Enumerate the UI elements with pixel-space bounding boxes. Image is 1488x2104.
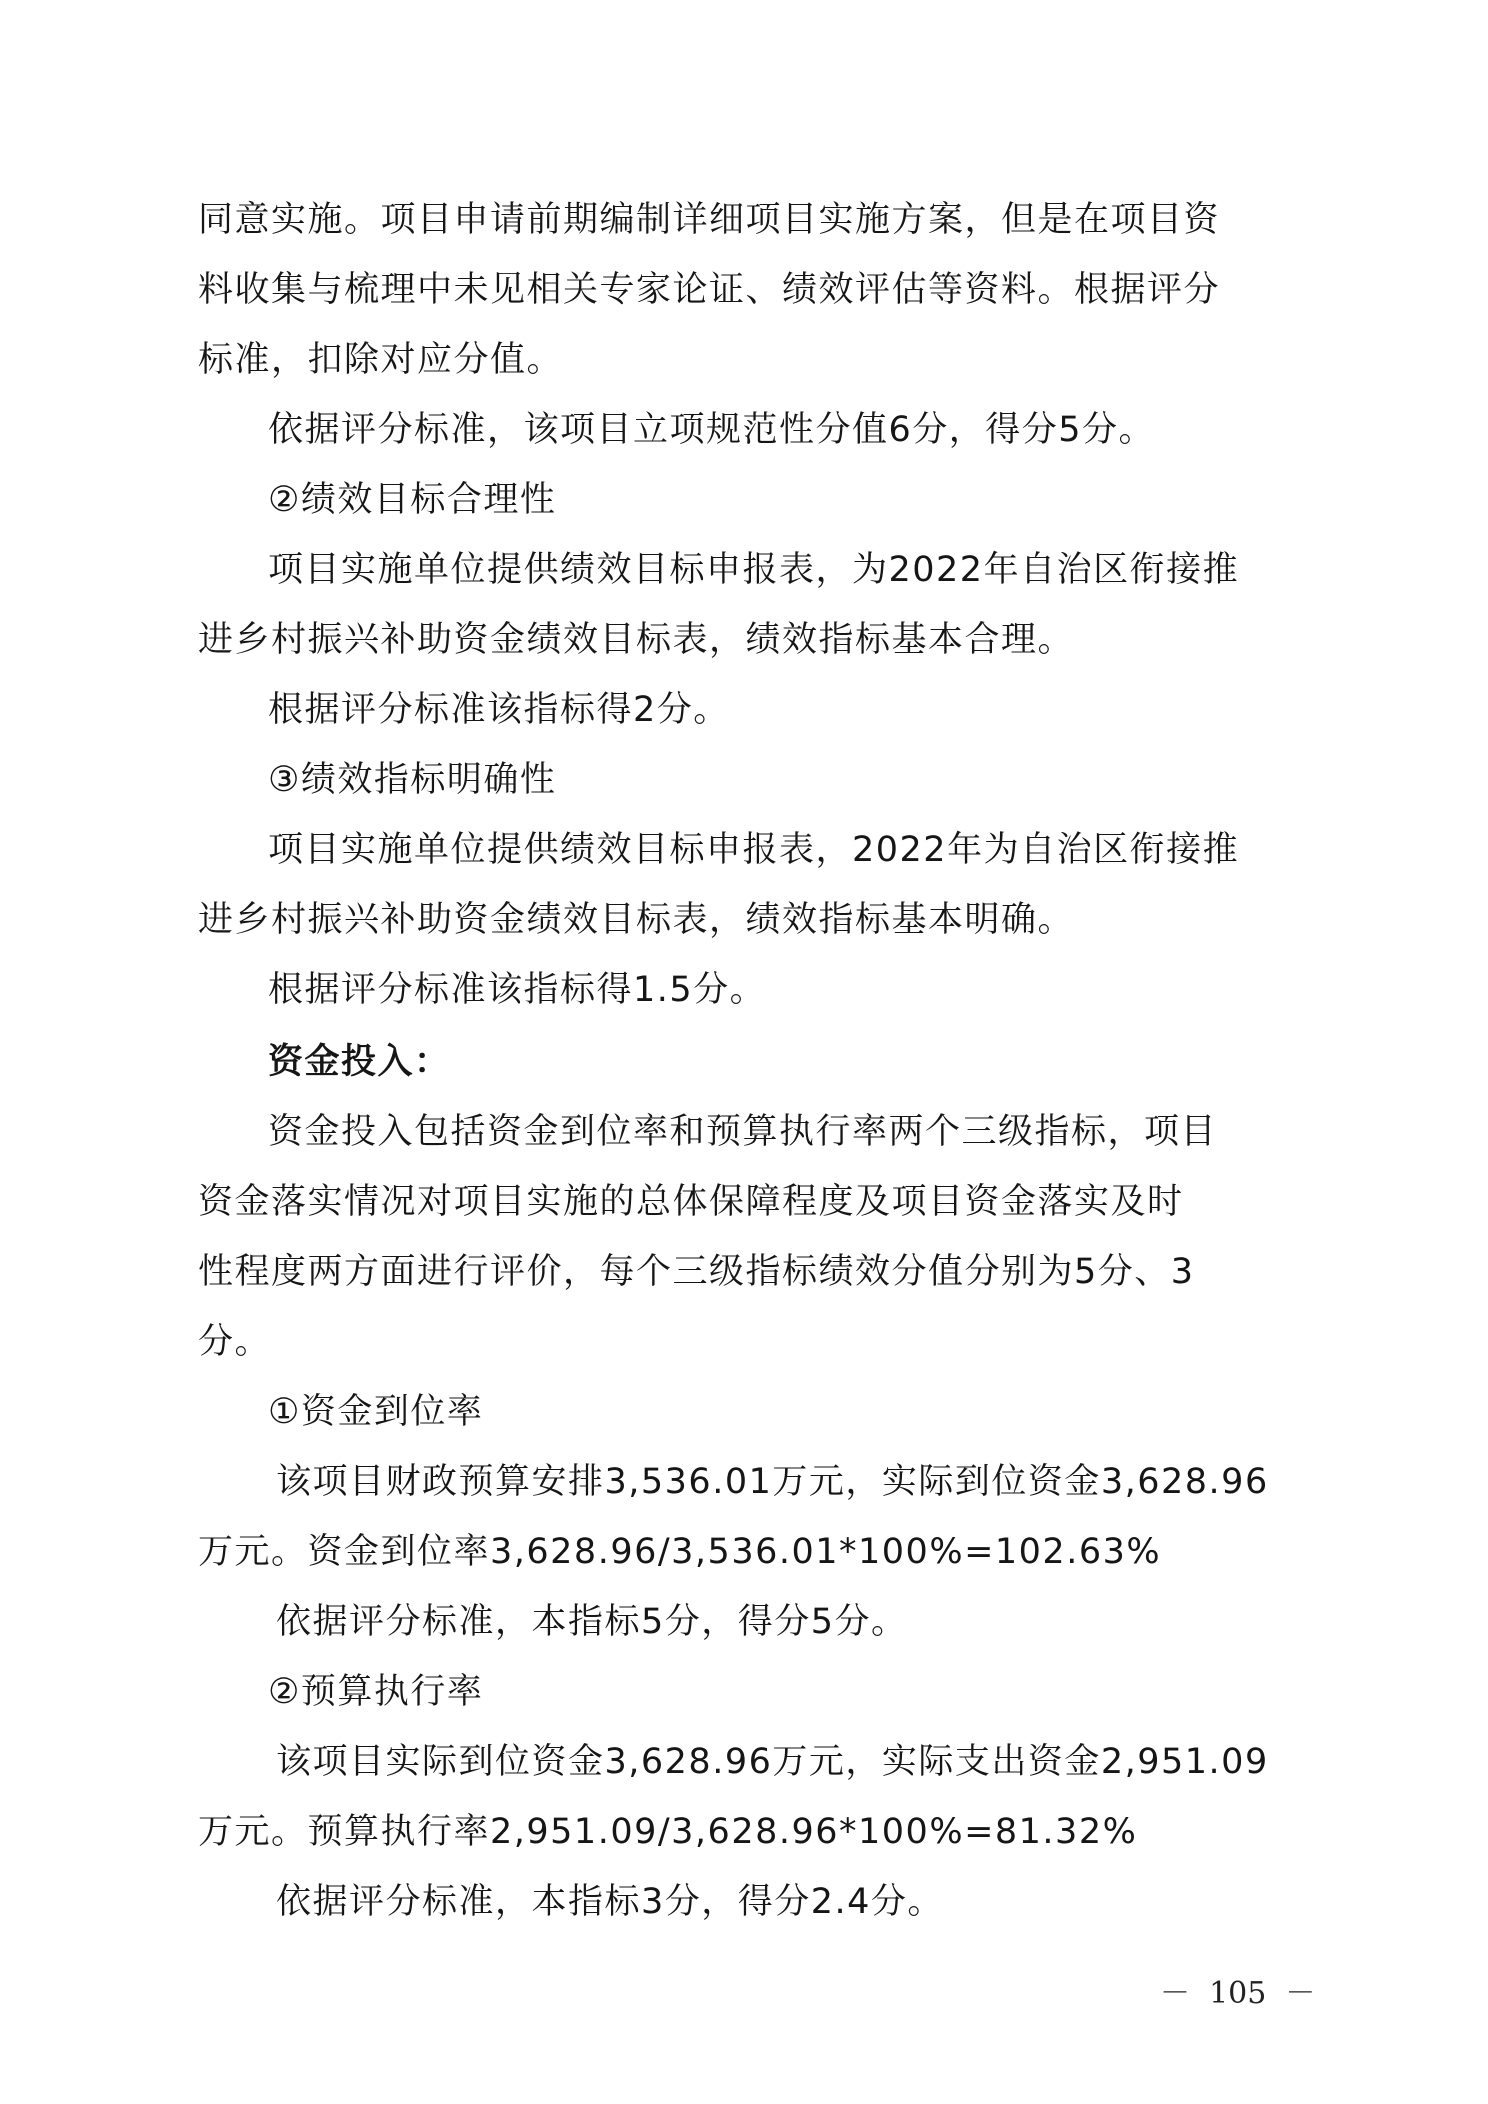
text-line: 万元。资金到位率3,628.96/3,536.01*100%=102.63%	[198, 1530, 1161, 1574]
text-line: 依据评分标准，本指标3分，得分2.4分。	[276, 1880, 944, 1924]
text-line: 料收集与梳理中未见相关专家论证、绩效评估等资料。根据评分	[198, 268, 1220, 312]
page-number: － 105 －	[1160, 1968, 1315, 2012]
text-line: 项目实施单位提供绩效目标申报表，为2022年自治区衔接推	[268, 548, 1239, 592]
text-line: 资金落实情况对项目实施的总体保障程度及项目资金落实及时	[198, 1180, 1184, 1224]
text-line: 依据评分标准，该项目立项规范性分值6分，得分5分。	[268, 408, 1155, 452]
text-line: 万元。预算执行率2,951.09/3,628.96*100%=81.32%	[198, 1810, 1137, 1854]
text-line: ②预算执行率	[268, 1670, 483, 1714]
text-line: 根据评分标准该指标得1.5分。	[268, 968, 766, 1012]
section-heading: 资金投入：	[268, 1040, 451, 1084]
text-line: 同意实施。项目申请前期编制详细项目实施方案，但是在项目资	[198, 198, 1220, 242]
text-line: 进乡村振兴补助资金绩效目标表，绩效指标基本合理。	[198, 618, 1074, 662]
text-line: 标准，扣除对应分值。	[198, 338, 563, 382]
text-line: 项目实施单位提供绩效目标申报表，2022年为自治区衔接推	[268, 828, 1239, 872]
document-page: 同意实施。项目申请前期编制详细项目实施方案，但是在项目资料收集与梳理中未见相关专…	[0, 0, 1488, 2104]
text-line: 该项目实际到位资金3,628.96万元，实际支出资金2,951.09	[276, 1740, 1269, 1784]
text-line: ②绩效目标合理性	[268, 478, 556, 522]
text-line: 进乡村振兴补助资金绩效目标表，绩效指标基本明确。	[198, 898, 1074, 942]
text-line: 该项目财政预算安排3,536.01万元，实际到位资金3,628.96	[276, 1460, 1269, 1504]
text-line: 分。	[198, 1320, 271, 1364]
text-line: 资金投入包括资金到位率和预算执行率两个三级指标，项目	[268, 1110, 1217, 1154]
text-line: ③绩效指标明确性	[268, 758, 556, 802]
text-line: ①资金到位率	[268, 1390, 483, 1434]
text-line: 根据评分标准该指标得2分。	[268, 688, 730, 732]
text-line: 性程度两方面进行评价，每个三级指标绩效分值分别为5分、3	[198, 1250, 1195, 1294]
text-line: 依据评分标准，本指标5分，得分5分。	[276, 1600, 908, 1644]
